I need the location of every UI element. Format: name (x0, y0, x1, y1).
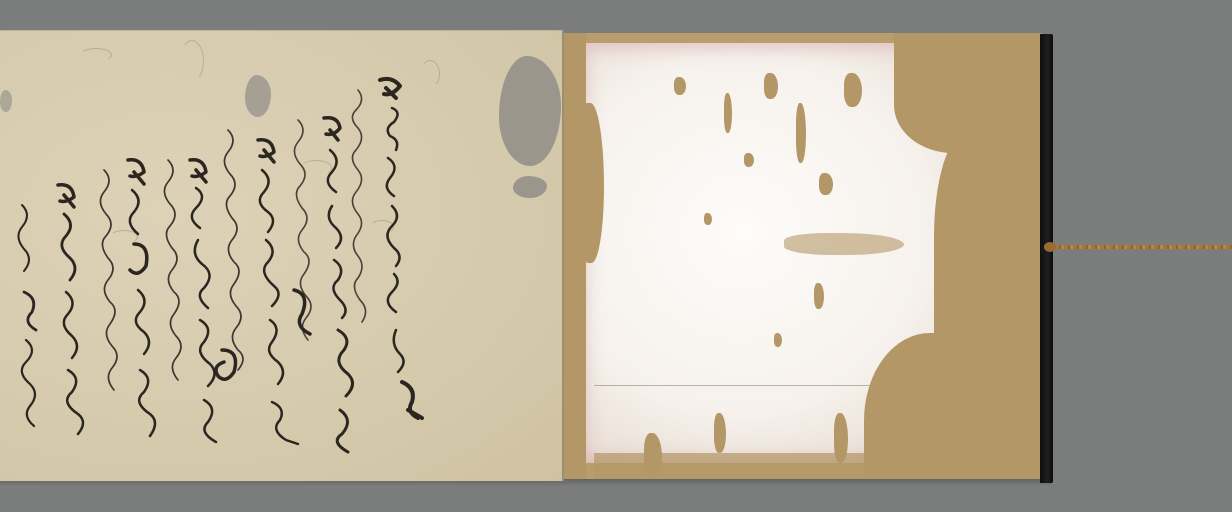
lacquer-edge (1040, 34, 1053, 483)
flake (844, 73, 862, 107)
flake (819, 173, 833, 195)
flake (744, 153, 754, 167)
flake (796, 103, 806, 163)
flake (764, 73, 778, 99)
flake (704, 213, 712, 225)
silver-endpaper (564, 33, 1042, 479)
flake (714, 413, 726, 453)
cord-knot (1044, 242, 1056, 252)
tie-cord (1046, 245, 1232, 249)
flake (724, 93, 732, 133)
calligraphy-page (0, 30, 564, 481)
flake (814, 283, 824, 309)
flake (578, 103, 604, 263)
flake (774, 333, 782, 347)
flake (784, 233, 904, 255)
scroll-photo: Open Japanese handscroll with cursive ka… (0, 0, 1232, 512)
flake (594, 453, 894, 479)
calligraphy-ink (0, 30, 564, 481)
flake (674, 77, 686, 95)
